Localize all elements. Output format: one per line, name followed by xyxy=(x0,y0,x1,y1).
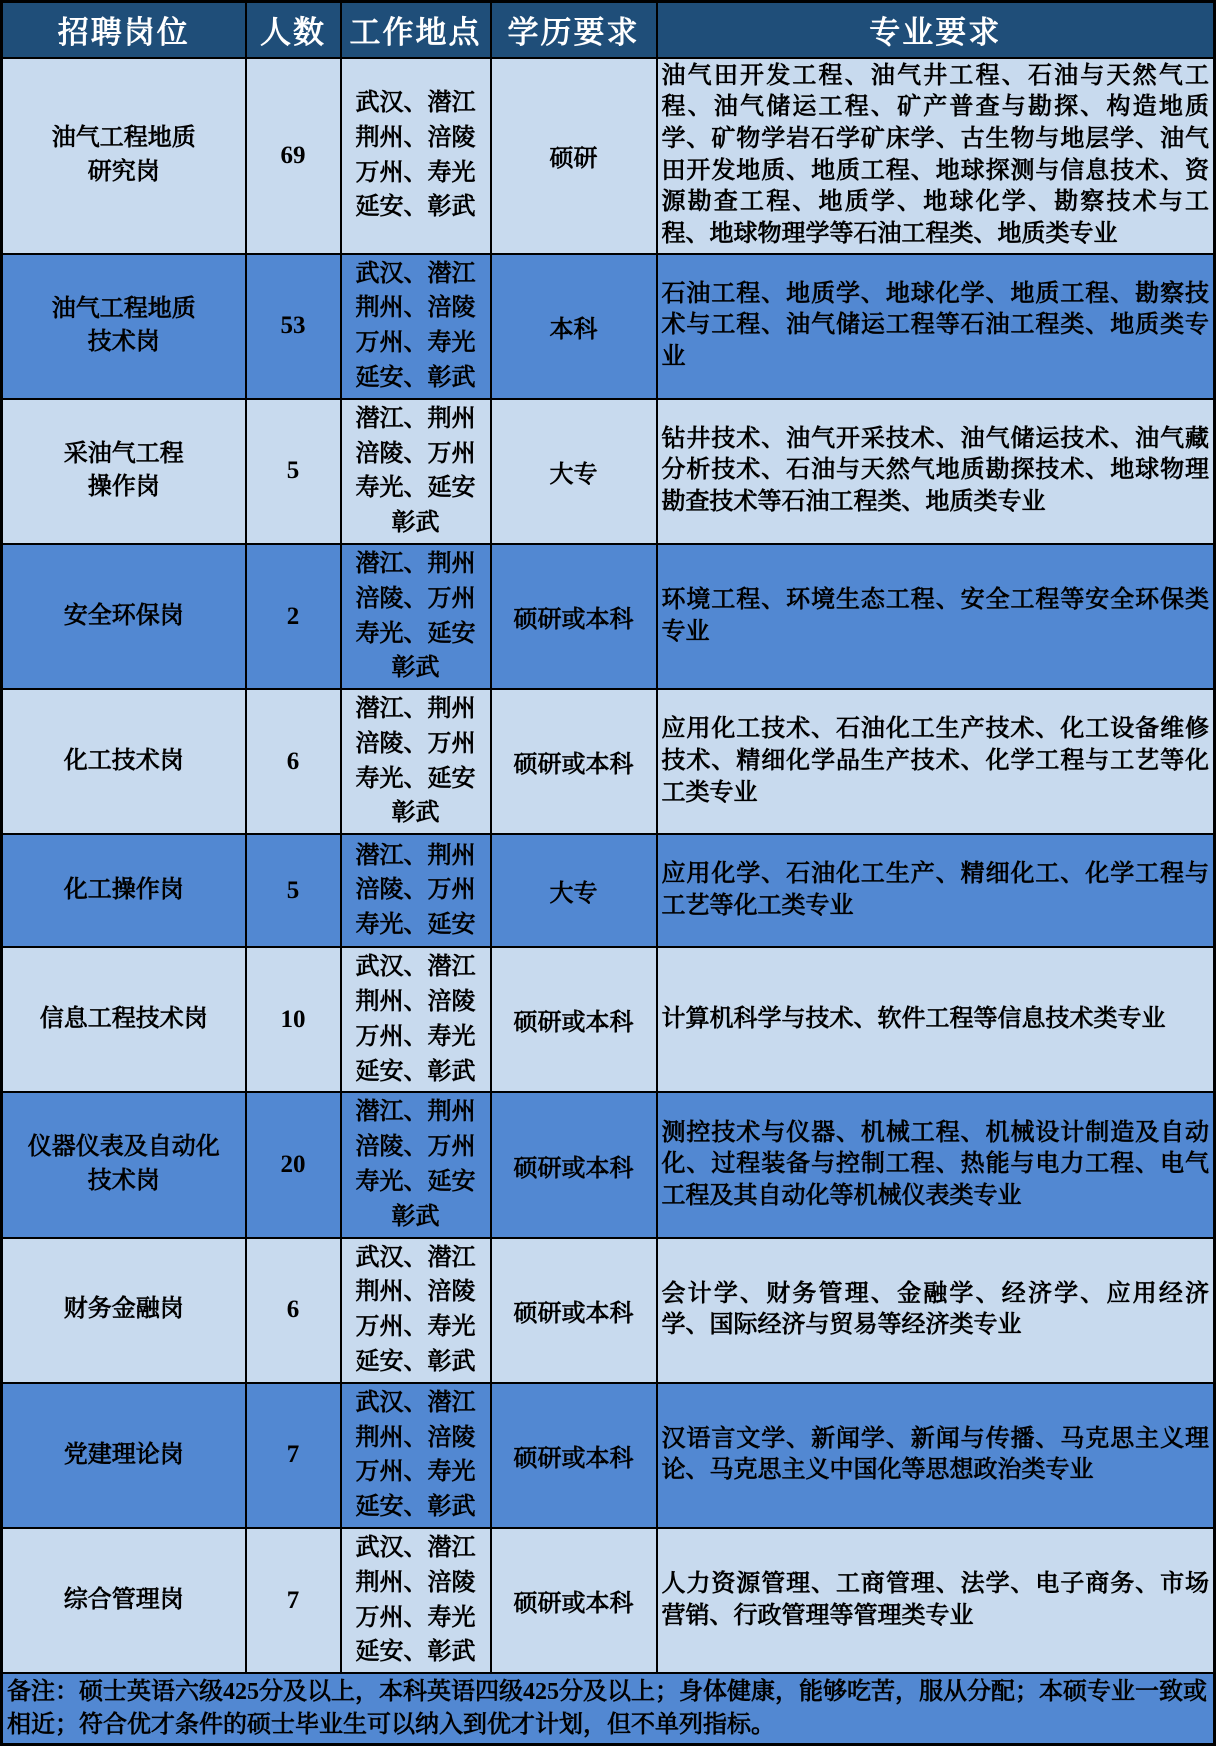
education-cell: 硕研 xyxy=(491,58,657,254)
education-cell: 硕研或本科 xyxy=(491,1528,657,1673)
location-cell: 潜江、荆州 涪陵、万州 寿光、延安 彰武 xyxy=(341,399,491,544)
location-cell: 武汉、潜江 荆州、涪陵 万州、寿光 延安、彰武 xyxy=(341,1383,491,1528)
major-cell: 环境工程、环境生态工程、安全工程等安全环保类专业 xyxy=(657,544,1215,689)
table-row: 油气工程地质 技术岗 53 武汉、潜江 荆州、涪陵 万州、寿光 延安、彰武 本科… xyxy=(2,254,1215,399)
major-cell: 钻井技术、油气开采技术、油气储运技术、油气藏分析技术、石油与天然气地质勘探技术、… xyxy=(657,399,1215,544)
position-cell: 仪器仪表及自动化 技术岗 xyxy=(2,1092,246,1237)
table-row: 仪器仪表及自动化 技术岗 20 潜江、荆州 涪陵、万州 寿光、延安 彰武 硕研或… xyxy=(2,1092,1215,1237)
major-cell: 计算机科学与技术、软件工程等信息技术类专业 xyxy=(657,947,1215,1092)
count-cell: 53 xyxy=(246,254,341,399)
education-cell: 硕研或本科 xyxy=(491,1092,657,1237)
count-cell: 20 xyxy=(246,1092,341,1237)
major-cell: 油气田开发工程、油气井工程、石油与天然气工程、油气储运工程、矿产普查与勘探、构造… xyxy=(657,58,1215,254)
major-cell: 人力资源管理、工商管理、法学、电子商务、市场营销、行政管理等管理类专业 xyxy=(657,1528,1215,1673)
position-cell: 财务金融岗 xyxy=(2,1238,246,1383)
education-cell: 硕研或本科 xyxy=(491,1238,657,1383)
table-row: 党建理论岗 7 武汉、潜江 荆州、涪陵 万州、寿光 延安、彰武 硕研或本科 汉语… xyxy=(2,1383,1215,1528)
location-cell: 潜江、荆州 涪陵、万州 寿光、延安 xyxy=(341,834,491,947)
major-cell: 应用化学、石油化工生产、精细化工、化学工程与工艺等化工类专业 xyxy=(657,834,1215,947)
education-cell: 硕研或本科 xyxy=(491,689,657,834)
education-cell: 大专 xyxy=(491,399,657,544)
recruitment-table-page: 招聘岗位 人数 工作地点 学历要求 专业要求 油气工程地质 研究岗 69 武汉、… xyxy=(0,0,1216,1510)
position-cell: 党建理论岗 xyxy=(2,1383,246,1528)
major-cell: 会计学、财务管理、金融学、经济学、应用经济学、国际经济与贸易等经济类专业 xyxy=(657,1238,1215,1383)
education-cell: 硕研或本科 xyxy=(491,1383,657,1528)
count-cell: 7 xyxy=(246,1528,341,1673)
education-cell: 大专 xyxy=(491,834,657,947)
location-cell: 潜江、荆州 涪陵、万州 寿光、延安 彰武 xyxy=(341,544,491,689)
count-cell: 6 xyxy=(246,1238,341,1383)
table-row: 化工操作岗 5 潜江、荆州 涪陵、万州 寿光、延安 大专 应用化学、石油化工生产… xyxy=(2,834,1215,947)
header-row: 招聘岗位 人数 工作地点 学历要求 专业要求 xyxy=(2,2,1215,58)
education-cell: 硕研或本科 xyxy=(491,544,657,689)
table-row: 化工技术岗 6 潜江、荆州 涪陵、万州 寿光、延安 彰武 硕研或本科 应用化工技… xyxy=(2,689,1215,834)
count-cell: 6 xyxy=(246,689,341,834)
location-cell: 武汉、潜江 荆州、涪陵 万州、寿光 延安、彰武 xyxy=(341,254,491,399)
count-cell: 2 xyxy=(246,544,341,689)
count-cell: 5 xyxy=(246,834,341,947)
table-row: 综合管理岗 7 武汉、潜江 荆州、涪陵 万州、寿光 延安、彰武 硕研或本科 人力… xyxy=(2,1528,1215,1673)
location-cell: 潜江、荆州 涪陵、万州 寿光、延安 彰武 xyxy=(341,1092,491,1237)
position-cell: 化工技术岗 xyxy=(2,689,246,834)
table-row: 财务金融岗 6 武汉、潜江 荆州、涪陵 万州、寿光 延安、彰武 硕研或本科 会计… xyxy=(2,1238,1215,1383)
table-row: 采油气工程 操作岗 5 潜江、荆州 涪陵、万州 寿光、延安 彰武 大专 钻井技术… xyxy=(2,399,1215,544)
education-cell: 本科 xyxy=(491,254,657,399)
location-cell: 潜江、荆州 涪陵、万州 寿光、延安 彰武 xyxy=(341,689,491,834)
count-cell: 69 xyxy=(246,58,341,254)
note-row: 备注：硕士英语六级425分及以上，本科英语四级425分及以上；身体健康，能够吃苦… xyxy=(2,1673,1215,1744)
count-cell: 5 xyxy=(246,399,341,544)
location-cell: 武汉、潜江 荆州、涪陵 万州、寿光 延安、彰武 xyxy=(341,947,491,1092)
header-cell-major: 专业要求 xyxy=(657,2,1215,58)
location-cell: 武汉、潜江 荆州、涪陵 万州、寿光 延安、彰武 xyxy=(341,58,491,254)
recruitment-table: 招聘岗位 人数 工作地点 学历要求 专业要求 油气工程地质 研究岗 69 武汉、… xyxy=(0,0,1216,1746)
table-row: 安全环保岗 2 潜江、荆州 涪陵、万州 寿光、延安 彰武 硕研或本科 环境工程、… xyxy=(2,544,1215,689)
position-cell: 油气工程地质 技术岗 xyxy=(2,254,246,399)
position-cell: 化工操作岗 xyxy=(2,834,246,947)
table-row: 信息工程技术岗 10 武汉、潜江 荆州、涪陵 万州、寿光 延安、彰武 硕研或本科… xyxy=(2,947,1215,1092)
header-cell-position: 招聘岗位 xyxy=(2,2,246,58)
position-cell: 信息工程技术岗 xyxy=(2,947,246,1092)
position-cell: 安全环保岗 xyxy=(2,544,246,689)
location-cell: 武汉、潜江 荆州、涪陵 万州、寿光 延安、彰武 xyxy=(341,1528,491,1673)
header-cell-count: 人数 xyxy=(246,2,341,58)
major-cell: 测控技术与仪器、机械工程、机械设计制造及自动化、过程装备与控制工程、热能与电力工… xyxy=(657,1092,1215,1237)
major-cell: 应用化工技术、石油化工生产技术、化工设备维修技术、精细化学品生产技术、化学工程与… xyxy=(657,689,1215,834)
header-cell-education: 学历要求 xyxy=(491,2,657,58)
count-cell: 7 xyxy=(246,1383,341,1528)
table-row: 油气工程地质 研究岗 69 武汉、潜江 荆州、涪陵 万州、寿光 延安、彰武 硕研… xyxy=(2,58,1215,254)
position-cell: 综合管理岗 xyxy=(2,1528,246,1673)
location-cell: 武汉、潜江 荆州、涪陵 万州、寿光 延安、彰武 xyxy=(341,1238,491,1383)
education-cell: 硕研或本科 xyxy=(491,947,657,1092)
note-text: 备注：硕士英语六级425分及以上，本科英语四级425分及以上；身体健康，能够吃苦… xyxy=(2,1673,1215,1744)
position-cell: 油气工程地质 研究岗 xyxy=(2,58,246,254)
major-cell: 石油工程、地质学、地球化学、地质工程、勘察技术与工程、油气储运工程等石油工程类、… xyxy=(657,254,1215,399)
header-cell-location: 工作地点 xyxy=(341,2,491,58)
position-cell: 采油气工程 操作岗 xyxy=(2,399,246,544)
major-cell: 汉语言文学、新闻学、新闻与传播、马克思主义理论、马克思主义中国化等思想政治类专业 xyxy=(657,1383,1215,1528)
count-cell: 10 xyxy=(246,947,341,1092)
